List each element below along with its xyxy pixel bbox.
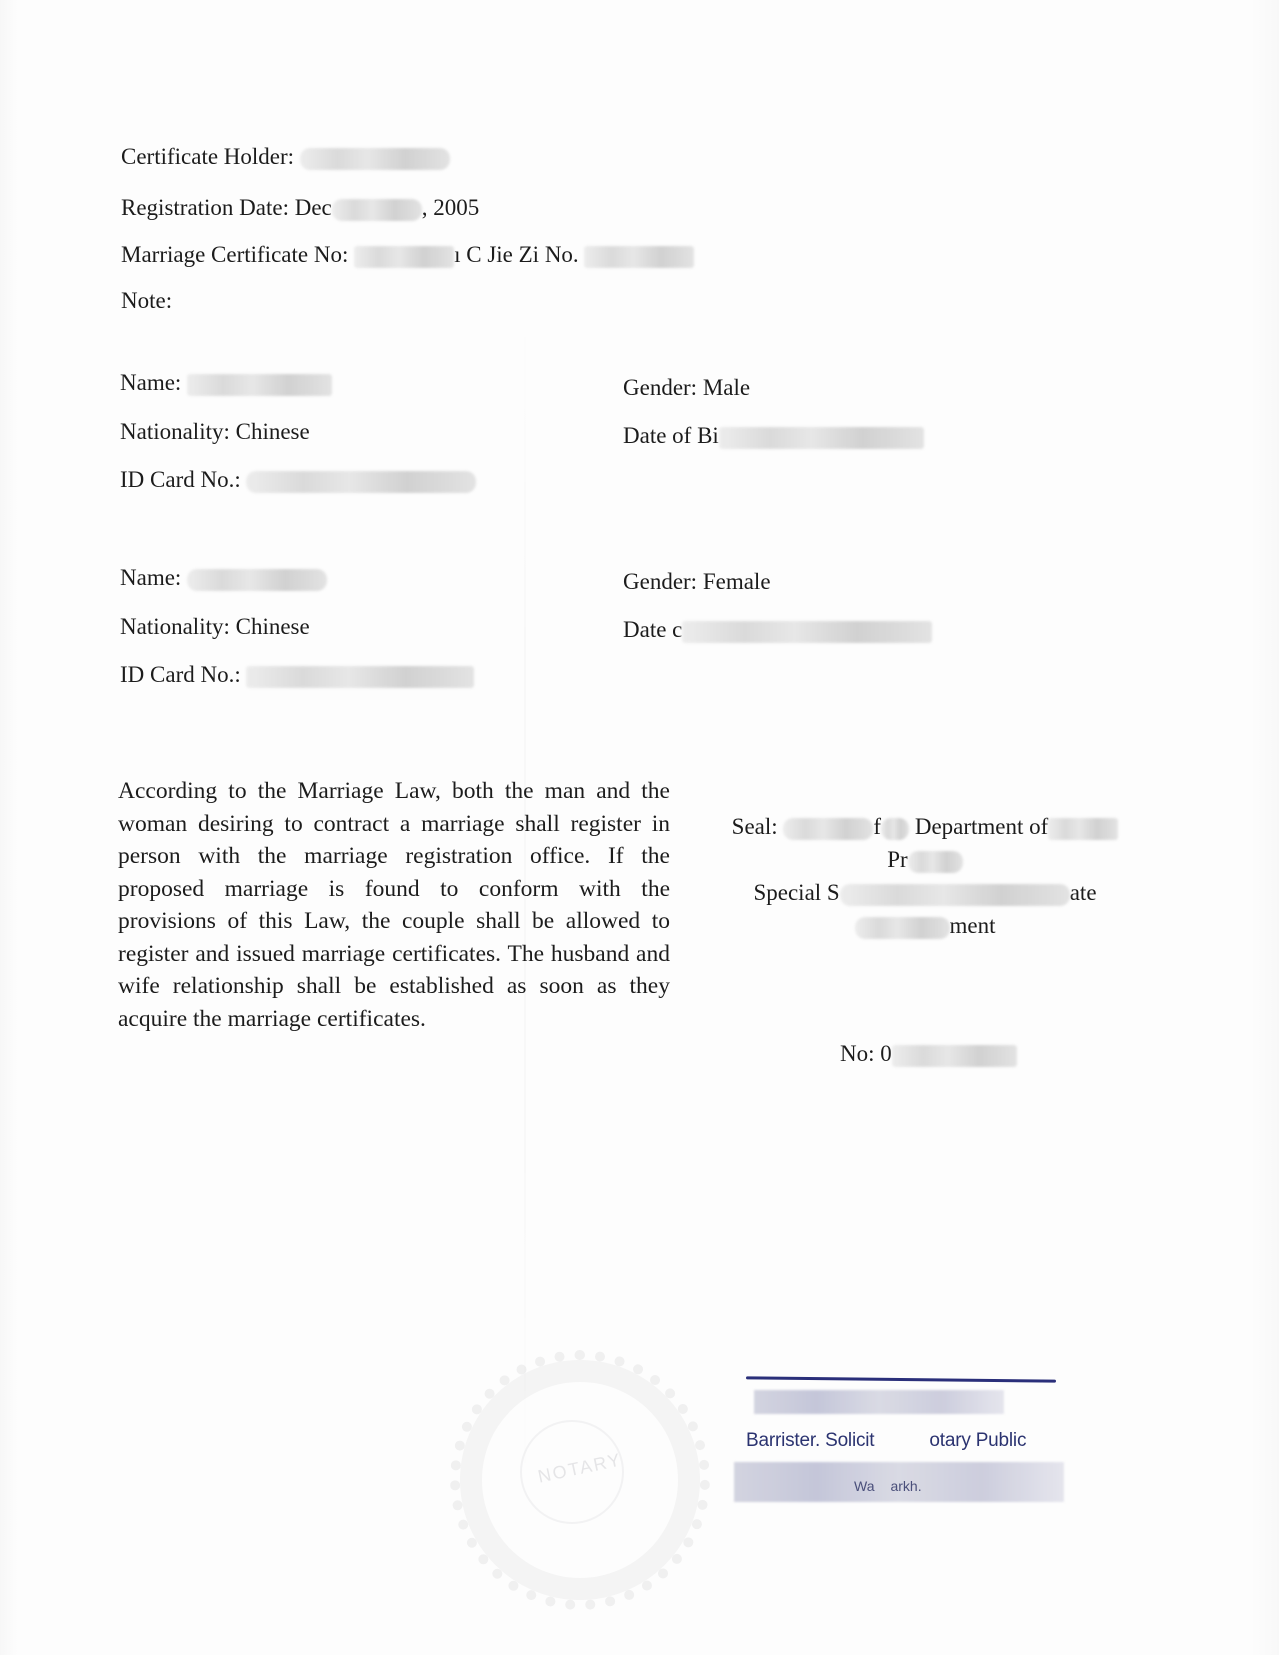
husband-nationality: Nationality: Chinese bbox=[120, 419, 310, 444]
redacted-certificate-holder bbox=[300, 148, 450, 170]
notary-address-fragment-2: arkh. bbox=[890, 1478, 921, 1494]
redacted-husband-name bbox=[187, 374, 332, 396]
husband-name-line: Name: bbox=[120, 369, 332, 397]
notary-address: Waarkh. bbox=[854, 1478, 922, 1494]
redacted-province bbox=[908, 851, 963, 873]
redacted-certificate-number bbox=[584, 246, 694, 268]
redacted-document-number bbox=[892, 1045, 1017, 1067]
certificate-number-label: Marriage Certificate No: bbox=[121, 242, 348, 267]
wife-gender: Gender: Female bbox=[623, 569, 771, 594]
seal-line-4: ment bbox=[700, 909, 1150, 942]
wife-gender-line: Gender: Female bbox=[623, 568, 771, 596]
wife-id-line: ID Card No.: bbox=[120, 661, 474, 689]
redacted-certificate-prefix bbox=[354, 246, 454, 268]
notary-stamp: Barrister. Solicitotary Public Waarkh. bbox=[734, 1370, 1070, 1490]
notary-title-left: Barrister. Solicit bbox=[746, 1430, 874, 1451]
registration-date-line: Registration Date: Dec, 2005 bbox=[121, 194, 479, 222]
redacted-special-seal bbox=[840, 884, 1070, 906]
husband-id-label: ID Card No.: bbox=[120, 467, 241, 492]
husband-gender: Gender: Male bbox=[623, 375, 750, 400]
redacted-wife-dob bbox=[682, 621, 932, 643]
certificate-holder-label: Certificate Holder: bbox=[121, 144, 294, 169]
document-number-label: No: 0 bbox=[840, 1041, 892, 1066]
redacted-wife-id bbox=[246, 666, 474, 688]
department-suffix: ment bbox=[950, 913, 996, 938]
husband-gender-line: Gender: Male bbox=[623, 374, 750, 402]
wife-dob-prefix: Date c bbox=[623, 617, 682, 642]
redacted-seal-province-name bbox=[1048, 818, 1118, 840]
signature-line bbox=[746, 1376, 1056, 1382]
wife-nationality-line: Nationality: Chinese bbox=[120, 613, 310, 641]
registration-date-year: , 2005 bbox=[422, 195, 480, 220]
husband-id-line: ID Card No.: bbox=[120, 466, 476, 494]
redacted-seal-fragment bbox=[881, 818, 909, 840]
seal-line-1: Seal: f Department of bbox=[700, 810, 1150, 843]
husband-name-label: Name: bbox=[120, 370, 181, 395]
marriage-law-paragraph: According to the Marriage Law, both the … bbox=[118, 775, 670, 1035]
seal-label: Seal: bbox=[732, 814, 778, 839]
certificate-number-middle: ı C Jie Zi No. bbox=[454, 242, 579, 267]
official-seal-block: Seal: f Department of Pr Special Sate me… bbox=[700, 810, 1150, 942]
notary-title: Barrister. Solicitotary Public bbox=[746, 1430, 1026, 1452]
redacted-department bbox=[855, 917, 950, 939]
wife-name-line: Name: bbox=[120, 564, 327, 592]
registration-date-prefix: Registration Date: Dec bbox=[121, 195, 332, 220]
redacted-husband-id bbox=[246, 471, 476, 493]
wife-id-label: ID Card No.: bbox=[120, 662, 241, 687]
certificate-holder-line: Certificate Holder: bbox=[121, 143, 450, 171]
seal-province: Pr bbox=[887, 847, 907, 872]
note-line: Note: bbox=[121, 287, 172, 315]
special-seal-prefix: Special S bbox=[753, 880, 839, 905]
wife-dob-line: Date c bbox=[623, 616, 932, 644]
redacted-husband-dob bbox=[719, 427, 924, 449]
seal-line-3: Special Sate bbox=[700, 876, 1150, 909]
note-label: Note: bbox=[121, 288, 172, 313]
special-seal-suffix: ate bbox=[1070, 880, 1097, 905]
redacted-registration-date bbox=[332, 199, 422, 221]
notary-title-right: otary Public bbox=[929, 1430, 1026, 1451]
seal-fragment: f bbox=[873, 814, 881, 839]
document-number-line: No: 0 bbox=[840, 1040, 1017, 1068]
wife-nationality: Nationality: Chinese bbox=[120, 614, 310, 639]
redacted-wife-name bbox=[187, 569, 327, 591]
notary-address-fragment-1: Wa bbox=[854, 1478, 874, 1494]
embossed-notary-seal: NOTARY bbox=[450, 1350, 710, 1610]
seal-line-2: Pr bbox=[700, 843, 1150, 876]
husband-dob-line: Date of Bi bbox=[623, 422, 924, 450]
wife-name-label: Name: bbox=[120, 565, 181, 590]
redacted-notary-name bbox=[754, 1390, 1004, 1414]
redacted-seal-name bbox=[783, 818, 873, 840]
certificate-number-line: Marriage Certificate No: ı C Jie Zi No. bbox=[121, 241, 694, 269]
seal-department: Department of bbox=[915, 814, 1048, 839]
husband-dob-prefix: Date of Bi bbox=[623, 423, 719, 448]
husband-nationality-line: Nationality: Chinese bbox=[120, 418, 310, 446]
